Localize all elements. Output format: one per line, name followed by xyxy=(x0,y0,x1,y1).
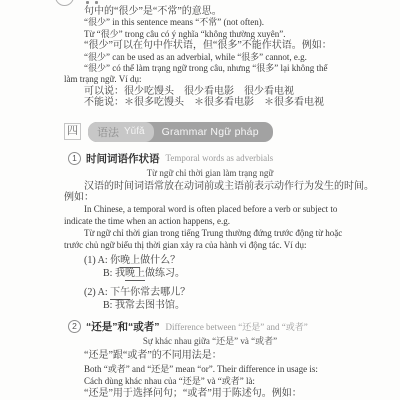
section-title-pinyin: Yǔfǎ xyxy=(124,126,145,137)
text-line: Both “或者” and “还是” mean “or”. Their diff… xyxy=(64,363,356,376)
topic1-title-zh: 时间词语作状语 xyxy=(86,151,160,166)
text-line: làm trạng ngữ. Ví dụ: xyxy=(64,74,356,85)
text-line: “很少” can be used as an adverbial, while … xyxy=(64,52,356,63)
example-dialogs: (1) A: 你晚上做什么？ B: 我晚上做练习。 (2) A: 下午你常去哪儿… xyxy=(64,254,356,312)
underlined-word: 晚上 xyxy=(125,268,145,281)
text-line: trước chủ ngữ biểu thị thời gian xảy ra … xyxy=(64,240,356,251)
section-number-box: 四 xyxy=(64,123,81,140)
text-line: indicate the time when an action happens… xyxy=(64,216,356,227)
text-line: Cách dùng khác nhau của “还是” và “或者” là: xyxy=(64,375,356,388)
section-title-pill: 语法 Yǔfǎ Grammar Ngữ pháp xyxy=(88,122,273,142)
topic1-title-en: Temporal words as adverbials xyxy=(166,153,274,163)
section-title-zh: 语法 xyxy=(97,124,119,140)
text-line: Từ ngữ chỉ thời gian trong tiếng Trung t… xyxy=(64,228,356,239)
text-line: “很少”可以在句中作状语，但“很多”不能作状语。例如： xyxy=(64,40,356,51)
topic1-number-badge: 1 xyxy=(68,152,81,165)
topic2-subtitle-vi: Sự khác nhau giữa “还是” và “或者” xyxy=(64,335,356,348)
intro-block: 句中的“很少”是“不常”的意思。 “很少” in this sentence m… xyxy=(64,6,356,109)
topic1-subtitle-vi: Từ ngữ chỉ thời gian làm trạng ngữ xyxy=(64,167,356,180)
dialog2-line-a: (2) A: 下午你常去哪儿？ xyxy=(64,286,356,299)
cut-off-text-marks xyxy=(86,1,89,4)
topic1-paragraph-en: In Chinese, a temporal word is often pla… xyxy=(64,204,356,227)
underlined-word: 晚上 xyxy=(120,255,140,268)
section-title-inner-pill: 语法 Yǔfǎ xyxy=(88,122,154,142)
topic1-heading: 1 时间词语作状语 Temporal words as adverbials xyxy=(64,151,356,166)
text-line: “很少” in this sentence means “不常” (not of… xyxy=(64,17,356,28)
text-line: 例如： xyxy=(64,192,356,203)
text-line: 句中的“很少”是“不常”的意思。 xyxy=(64,6,356,17)
text-line: Từ “很少” trong câu có ý nghĩa “không thườ… xyxy=(64,29,356,40)
dialog2-line-b: B: 我常去图书馆。 xyxy=(64,299,356,312)
topic2-body: “还是”跟“或者”的不同用法是： Both “或者” and “还是” mean… xyxy=(64,350,356,400)
topic1-paragraph-vi: Từ ngữ chỉ thời gian trong tiếng Trung t… xyxy=(64,228,356,251)
text-line: In Chinese, a temporal word is often pla… xyxy=(64,204,356,215)
textbook-page: 句中的“很少”是“不常”的意思。 “很少” in this sentence m… xyxy=(0,0,400,400)
text-line: “还是”跟“或者”的不同用法是： xyxy=(64,350,356,363)
section-header: 四 语法 Yǔfǎ Grammar Ngữ pháp xyxy=(64,121,356,143)
dialog1-line-b: B: 我晚上做练习。 xyxy=(64,267,356,280)
dialog1-line-a: (1) A: 你晚上做什么？ xyxy=(64,254,356,267)
topic2-title-en: Difference between “还是” and “或者” xyxy=(166,320,308,333)
text-line: “很少” có thể làm trạng ngữ trong câu, như… xyxy=(64,63,356,74)
topic2-heading: 2 “还是”和“或者” Difference between “还是” and … xyxy=(64,319,356,334)
text-line: 不能说：＊很多吃馒头 ＊很多看电影 ＊很多看电视 xyxy=(64,97,356,108)
text-line: 汉语的时间词语常放在动词前或主语前表示动作行为发生的时间。 xyxy=(64,181,356,192)
text-line: 可以说：很少吃馒头 很少看电影 很少看电视 xyxy=(64,86,356,97)
topic1-paragraph-zh: 汉语的时间词语常放在动词前或主语前表示动作行为发生的时间。 例如： xyxy=(64,181,356,204)
text-line: “还是”用于选择问句；“或者”用于陈述句。例如： xyxy=(64,388,356,400)
section-title-en: Grammar Ngữ pháp xyxy=(162,126,259,138)
underlined-word: 下午 xyxy=(110,287,130,300)
topic2-number-badge: 2 xyxy=(68,320,81,333)
topic2-title-zh: “还是”和“或者” xyxy=(86,319,160,334)
